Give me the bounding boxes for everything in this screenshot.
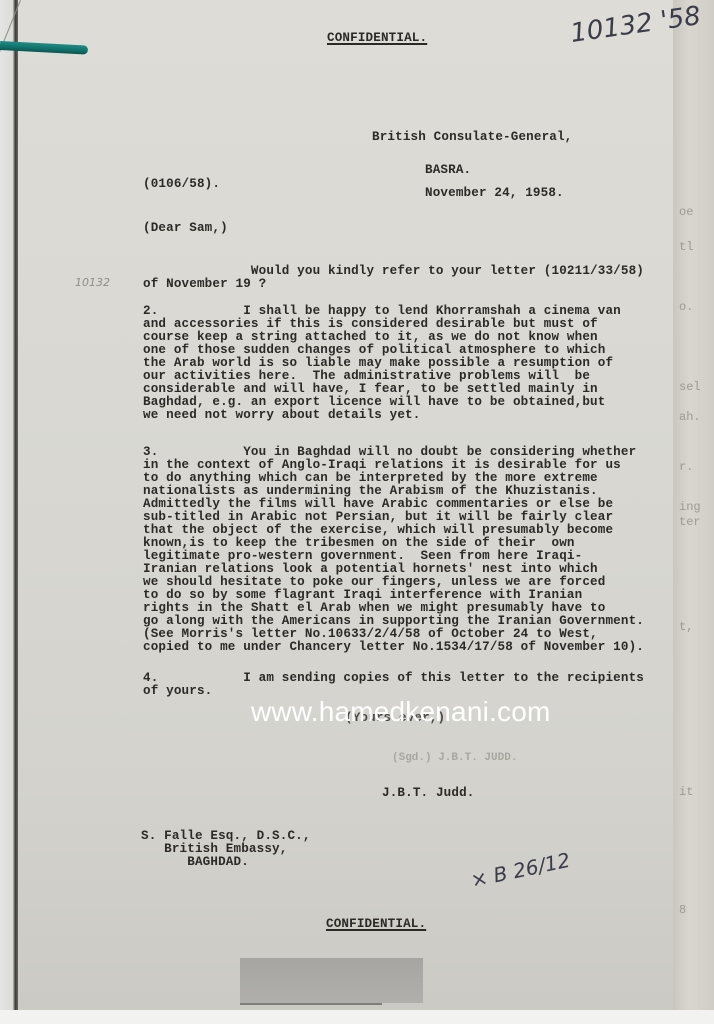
- signatory: J.B.T. Judd.: [382, 787, 475, 800]
- ghost-text: r.: [679, 460, 693, 474]
- paragraph-4: 4. I am sending copies of this letter to…: [143, 672, 644, 698]
- bottom-strip: [0, 1010, 714, 1024]
- paragraph-2: 2. I shall be happy to lend Khorramshah …: [143, 305, 621, 422]
- ghost-text: ah.: [679, 410, 701, 424]
- addressee-city: BAGHDAD.: [141, 856, 249, 869]
- ghost-text: oe: [679, 205, 693, 219]
- ghost-text: t,: [679, 620, 693, 634]
- ghost-text: o.: [679, 300, 693, 314]
- paragraph-line: copied to me under Chancery letter No.15…: [143, 641, 644, 654]
- letter-date: November 24, 1958.: [425, 187, 564, 200]
- sender-office: British Consulate-General,: [372, 131, 572, 144]
- margin-note: 10132: [75, 276, 110, 289]
- background-left-edge: [0, 0, 18, 1024]
- paragraph-3: 3. You in Baghdad will no doubt be consi…: [143, 446, 644, 654]
- ghost-text: sel: [679, 380, 701, 394]
- paragraph-line: of November 19 ?: [143, 278, 644, 291]
- faint-signature-stamp: (Sgd.) J.B.T. JUDD.: [392, 752, 517, 764]
- salutation: (Dear Sam,): [143, 222, 228, 235]
- ghost-text: tl: [679, 240, 693, 254]
- watermark: www.hamedkenani.com: [251, 696, 551, 728]
- paragraph-1: Would you kindly refer to your letter (1…: [143, 265, 644, 291]
- paragraph-line: 4. I am sending copies of this letter to…: [143, 672, 644, 685]
- redaction-patch: [240, 958, 423, 1003]
- ghost-text: ter: [679, 515, 701, 529]
- footer-classification: CONFIDENTIAL.: [326, 918, 426, 931]
- reference-number: (0106/58).: [143, 178, 220, 191]
- ghost-text: 8: [679, 903, 686, 917]
- sender-city: BASRA.: [425, 164, 471, 177]
- header-classification: CONFIDENTIAL.: [327, 32, 427, 45]
- ghost-text: it: [679, 785, 693, 799]
- paragraph-line: we need not worry about details yet.: [143, 409, 621, 422]
- redaction-line: [240, 1003, 382, 1005]
- ghost-text: ing: [679, 500, 701, 514]
- underlying-page-edge: oe tl o. sel ah. r. ing ter t, it 8: [673, 0, 714, 1024]
